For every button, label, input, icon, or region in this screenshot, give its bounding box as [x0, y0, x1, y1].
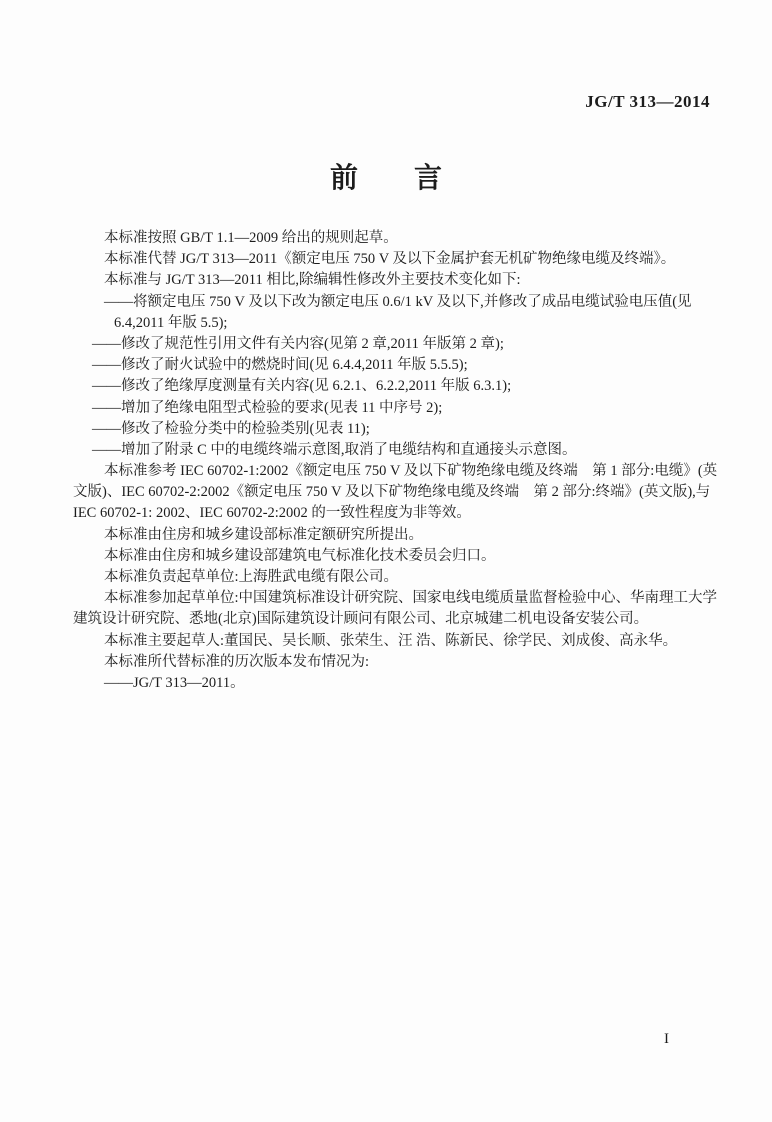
body-line: 本标准按照 GB/T 1.1—2009 给出的规则起草。: [104, 228, 721, 249]
body-line: 本标准参加起草单位:中国建筑标准设计研究院、国家电线电缆质量监督检验中心、华南理…: [104, 588, 721, 609]
body-line: ——修改了检验分类中的检验类别(见表 11);: [92, 419, 721, 440]
body-line: ——修改了规范性引用文件有关内容(见第 2 章,2011 年版第 2 章);: [92, 334, 721, 355]
body-line: ——修改了绝缘厚度测量有关内容(见 6.2.1、6.2.2,2011 年版 6.…: [92, 376, 721, 397]
body-line: 本标准与 JG/T 313—2011 相比,除编辑性修改外主要技术变化如下:: [104, 270, 721, 291]
body-line: 本标准所代替标准的历次版本发布情况为:: [104, 652, 721, 673]
body-line: 本标准代替 JG/T 313—2011《额定电压 750 V 及以下金属护套无机…: [104, 249, 721, 270]
body-line: IEC 60702-1: 2002、IEC 60702-2:2002 的一致性程…: [73, 503, 721, 524]
body-line: 本标准由住房和城乡建设部标准定额研究所提出。: [104, 525, 721, 546]
body-line: 本标准由住房和城乡建设部建筑电气标准化技术委员会归口。: [104, 546, 721, 567]
body-line: 建筑设计研究院、悉地(北京)国际建筑设计顾问有限公司、北京城建二机电设备安装公司…: [73, 609, 721, 630]
body-line: ——增加了附录 C 中的电缆终端示意图,取消了电缆结构和直通接头示意图。: [92, 440, 721, 461]
standard-number-header: JG/T 313—2014: [585, 92, 710, 112]
body-line: 本标准参考 IEC 60702-1:2002《额定电压 750 V 及以下矿物绝…: [104, 461, 721, 482]
body-line: 本标准主要起草人:董国民、吴长顺、张荣生、汪 浩、陈新民、徐学民、刘成俊、高永华…: [104, 631, 721, 652]
document-page: JG/T 313—2014 前 言 本标准按照 GB/T 1.1—2009 给出…: [0, 0, 772, 1122]
body-line: ——JG/T 313—2011。: [104, 673, 721, 694]
body-line: ——修改了耐火试验中的燃烧时间(见 6.4.4,2011 年版 5.5.5);: [92, 355, 721, 376]
body-line: 6.4,2011 年版 5.5);: [114, 313, 721, 334]
body-line: ——增加了绝缘电阻型式检验的要求(见表 11 中序号 2);: [92, 398, 721, 419]
body-line: ——将额定电压 750 V 及以下改为额定电压 0.6/1 kV 及以下,并修改…: [104, 292, 721, 313]
page-title: 前 言: [0, 156, 772, 196]
page-number: I: [664, 1031, 670, 1048]
foreword-body: 本标准按照 GB/T 1.1—2009 给出的规则起草。本标准代替 JG/T 3…: [73, 228, 721, 694]
body-line: 文版)、IEC 60702-2:2002《额定电压 750 V 及以下矿物绝缘电…: [73, 482, 721, 503]
body-line: 本标准负责起草单位:上海胜武电缆有限公司。: [104, 567, 721, 588]
